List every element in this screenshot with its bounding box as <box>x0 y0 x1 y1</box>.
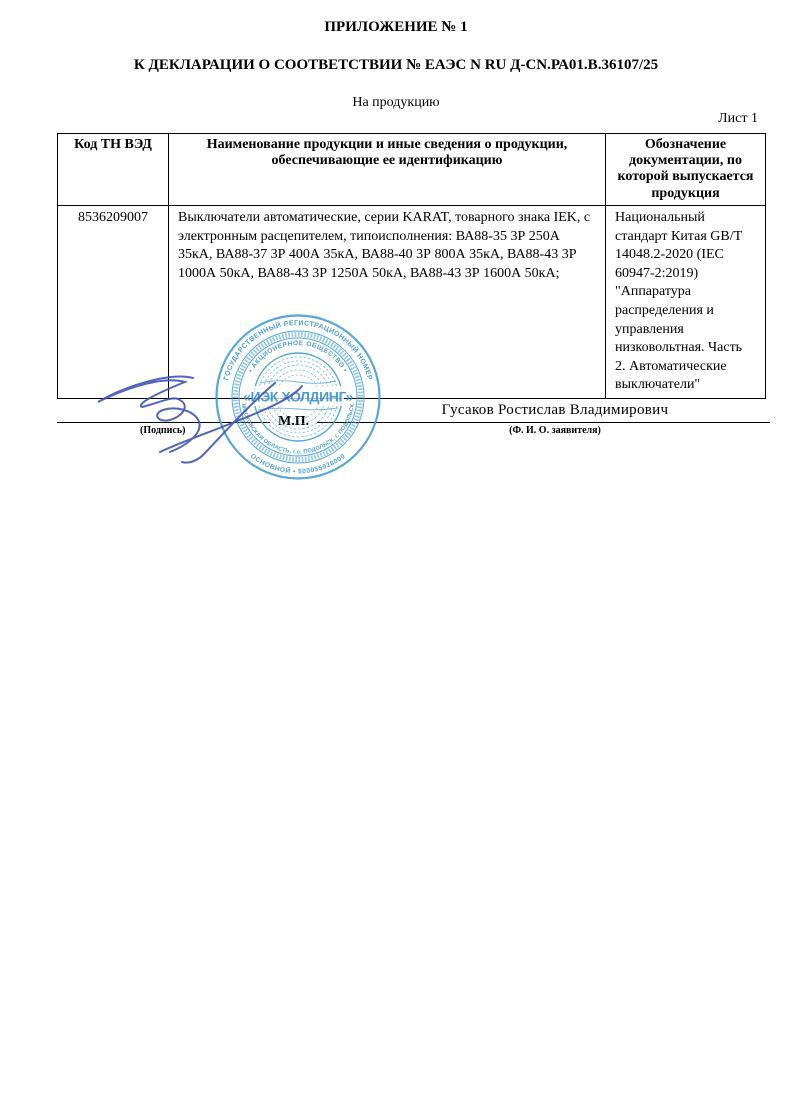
column-header-documentation: Обозначение документации, по которой вып… <box>606 134 766 206</box>
cell-tnved-code: 8536209007 <box>58 205 169 398</box>
sheet-number: Лист 1 <box>718 111 758 127</box>
signature-line <box>57 422 770 423</box>
page-title: ПРИЛОЖЕНИЕ № 1 <box>0 19 792 36</box>
table-header-row: Код ТН ВЭД Наименование продукции и иные… <box>58 134 766 206</box>
product-table: Код ТН ВЭД Наименование продукции и иные… <box>57 133 766 399</box>
applicant-caption: (Ф. И. О. заявителя) <box>365 425 745 436</box>
svg-text:ОСНОВНОЙ • 500055028000: ОСНОВНОЙ • 500055028000 <box>249 453 347 476</box>
applicant-name: Гусаков Ростислав Владимирович <box>365 402 745 419</box>
cell-product-description: Выключатели автоматические, серии KARAT,… <box>169 205 606 398</box>
signature-caption: (Подпись) <box>140 425 185 436</box>
declaration-subtitle: К ДЕКЛАРАЦИИ О СООТВЕТСТВИИ № ЕАЭС N RU … <box>0 57 792 74</box>
column-header-code: Код ТН ВЭД <box>58 134 169 206</box>
stamp-place-label: М.П. <box>270 414 317 430</box>
cell-documentation: Национальный стандарт Китая GB/T 14048.2… <box>606 205 766 398</box>
column-header-description: Наименование продукции и иные сведения о… <box>169 134 606 206</box>
product-line-label: На продукцию <box>0 95 792 111</box>
stamp-outer-ring-bottom-text: ОСНОВНОЙ • 500055028000 <box>249 453 347 476</box>
table-row: 8536209007 Выключатели автоматические, с… <box>58 205 766 398</box>
